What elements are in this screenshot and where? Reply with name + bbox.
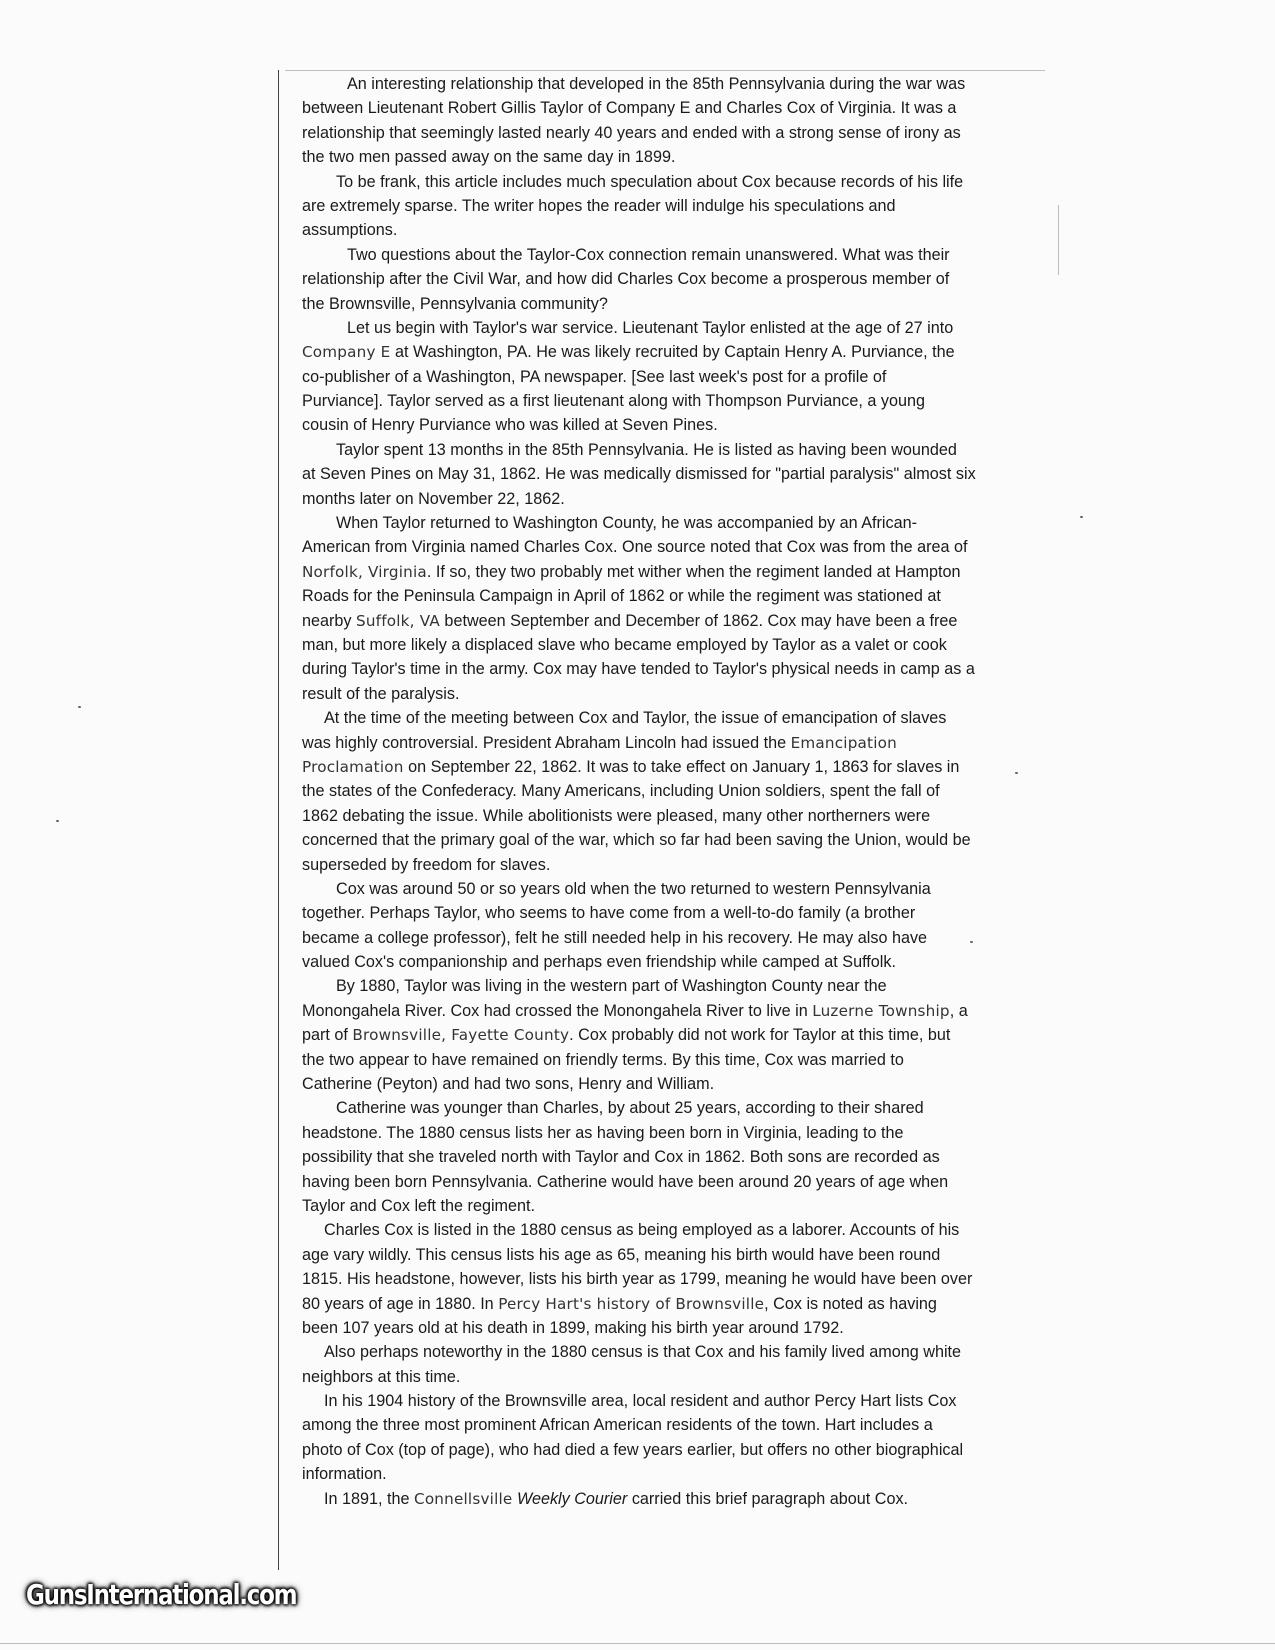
- text-line: at Seven Pines on May 31, 1862. He was m…: [302, 462, 1052, 486]
- link-emancipation-proclamation[interactable]: Proclamation: [302, 758, 404, 776]
- text-line: became a college professor), felt he sti…: [302, 926, 1052, 950]
- text-line: the two men passed away on the same day …: [302, 145, 1052, 169]
- link-luzerne-township[interactable]: Luzerne Township: [812, 1002, 950, 1020]
- paragraph: In 1891, the Connellsville Weekly Courie…: [302, 1487, 1052, 1511]
- text-line: An interesting relationship that develop…: [302, 72, 1052, 96]
- text-line: the Brownsville, Pennsylvania community?: [302, 292, 1052, 316]
- text-span: between September and December of 1862. …: [440, 612, 957, 630]
- publication-title: Weekly Courier: [517, 1490, 627, 1508]
- link-norfolk-virginia[interactable]: Norfolk, Virginia: [302, 563, 427, 581]
- text-span: was highly controversial. President Abra…: [302, 734, 791, 752]
- article-body: An interesting relationship that develop…: [302, 72, 1052, 1511]
- watermark-logo: GunsInternational.com: [26, 1578, 296, 1611]
- scan-mark: [1058, 205, 1059, 275]
- text-line: photo of Cox (top of page), who had died…: [302, 1438, 1052, 1462]
- text-line: American from Virginia named Charles Cox…: [302, 535, 1052, 559]
- text-line: superseded by freedom for slaves.: [302, 853, 1052, 877]
- text-line: the two appear to have remained on frien…: [302, 1048, 1052, 1072]
- page-bottom-edge: [0, 1643, 1275, 1644]
- text-line: Charles Cox is listed in the 1880 census…: [302, 1218, 1052, 1242]
- scan-speck: [56, 820, 59, 822]
- text-span: nearby: [302, 612, 356, 630]
- text-line: information.: [302, 1462, 1052, 1486]
- text-line: To be frank, this article includes much …: [302, 170, 1052, 194]
- text-line: Roads for the Peninsula Campaign in Apri…: [302, 584, 1052, 608]
- text-line: possibility that she traveled north with…: [302, 1145, 1052, 1169]
- text-span: on September 22, 1862. It was to take ef…: [404, 758, 960, 776]
- text-line: between Lieutenant Robert Gillis Taylor …: [302, 96, 1052, 120]
- text-line: Taylor spent 13 months in the 85th Penns…: [302, 438, 1052, 462]
- text-line: 1862 debating the issue. While abolition…: [302, 804, 1052, 828]
- text-line: concerned that the primary goal of the w…: [302, 828, 1052, 852]
- text-line: In 1891, the Connellsville Weekly Courie…: [302, 1487, 1052, 1511]
- text-span: part of: [302, 1026, 352, 1044]
- paragraph: By 1880, Taylor was living in the wester…: [302, 974, 1052, 1096]
- paragraph: When Taylor returned to Washington Count…: [302, 511, 1052, 706]
- paragraph: Also perhaps noteworthy in the 1880 cens…: [302, 1340, 1052, 1389]
- text-line: Company E at Washington, PA. He was like…: [302, 340, 1052, 364]
- text-line: Let us begin with Taylor's war service. …: [302, 316, 1052, 340]
- text-line: nearby Suffolk, VA between September and…: [302, 609, 1052, 633]
- text-span: , a: [950, 1002, 968, 1020]
- text-line: Monongahela River. Cox had crossed the M…: [302, 999, 1052, 1023]
- page-top-edge: [285, 70, 1045, 71]
- text-line: 80 years of age in 1880. In Percy Hart's…: [302, 1292, 1052, 1316]
- text-line: By 1880, Taylor was living in the wester…: [302, 974, 1052, 998]
- text-line: among the three most prominent African A…: [302, 1413, 1052, 1437]
- text-line: together. Perhaps Taylor, who seems to h…: [302, 901, 1052, 925]
- text-line: Catherine (Peyton) and had two sons, Hen…: [302, 1072, 1052, 1096]
- text-line: 1815. His headstone, however, lists his …: [302, 1267, 1052, 1291]
- paragraph: Let us begin with Taylor's war service. …: [302, 316, 1052, 438]
- text-line: valued Cox's companionship and perhaps e…: [302, 950, 1052, 974]
- left-margin-rule: [278, 70, 279, 1570]
- text-line: Also perhaps noteworthy in the 1880 cens…: [302, 1340, 1052, 1364]
- text-line: In his 1904 history of the Brownsville a…: [302, 1389, 1052, 1413]
- text-line: co-publisher of a Washington, PA newspap…: [302, 365, 1052, 389]
- text-span: at Washington, PA. He was likely recruit…: [395, 343, 955, 361]
- text-line: the states of the Confederacy. Many Amer…: [302, 779, 1052, 803]
- text-line: part of Brownsville, Fayette County. Cox…: [302, 1023, 1052, 1047]
- text-span: carried this brief paragraph about Cox.: [632, 1490, 908, 1508]
- text-line: during Taylor's time in the army. Cox ma…: [302, 657, 1052, 681]
- text-line: been 107 years old at his death in 1899,…: [302, 1316, 1052, 1340]
- text-line: was highly controversial. President Abra…: [302, 731, 1052, 755]
- text-line: having been born Pennsylvania. Catherine…: [302, 1170, 1052, 1194]
- text-line: Two questions about the Taylor-Cox conne…: [302, 243, 1052, 267]
- text-span: In 1891, the: [324, 1490, 414, 1508]
- paragraph: At the time of the meeting between Cox a…: [302, 706, 1052, 877]
- paragraph: An interesting relationship that develop…: [302, 72, 1052, 170]
- paragraph: Cox was around 50 or so years old when t…: [302, 877, 1052, 975]
- text-line: Norfolk, Virginia. If so, they two proba…: [302, 560, 1052, 584]
- link-connellsville[interactable]: Connellsville: [414, 1490, 512, 1508]
- link-suffolk-va[interactable]: Suffolk, VA: [356, 612, 440, 630]
- paragraph: Charles Cox is listed in the 1880 census…: [302, 1218, 1052, 1340]
- text-line: neighbors at this time.: [302, 1365, 1052, 1389]
- text-line: Cox was around 50 or so years old when t…: [302, 877, 1052, 901]
- text-line: At the time of the meeting between Cox a…: [302, 706, 1052, 730]
- text-span: . Cox probably did not work for Taylor a…: [569, 1026, 950, 1044]
- text-line: are extremely sparse. The writer hopes t…: [302, 194, 1052, 218]
- link-emancipation-proclamation[interactable]: Emancipation: [791, 734, 897, 752]
- link-percy-hart-history[interactable]: Percy Hart's history of Brownsville: [498, 1295, 764, 1313]
- paragraph: In his 1904 history of the Brownsville a…: [302, 1389, 1052, 1487]
- text-line: Taylor and Cox left the regiment.: [302, 1194, 1052, 1218]
- text-line: headstone. The 1880 census lists her as …: [302, 1121, 1052, 1145]
- scan-speck: [78, 706, 81, 708]
- scan-speck: [1080, 516, 1083, 518]
- text-line: Catherine was younger than Charles, by a…: [302, 1096, 1052, 1120]
- link-company-e[interactable]: Company E: [302, 343, 390, 361]
- text-line: result of the paralysis.: [302, 682, 1052, 706]
- text-line: Proclamation on September 22, 1862. It w…: [302, 755, 1052, 779]
- text-line: age vary wildly. This census lists his a…: [302, 1243, 1052, 1267]
- text-span: , Cox is noted as having: [764, 1295, 937, 1313]
- paragraph: Two questions about the Taylor-Cox conne…: [302, 243, 1052, 316]
- text-line: man, but more likely a displaced slave w…: [302, 633, 1052, 657]
- paragraph: Taylor spent 13 months in the 85th Penns…: [302, 438, 1052, 511]
- text-line: relationship after the Civil War, and ho…: [302, 267, 1052, 291]
- text-line: When Taylor returned to Washington Count…: [302, 511, 1052, 535]
- text-line: months later on November 22, 1862.: [302, 487, 1052, 511]
- paragraph: To be frank, this article includes much …: [302, 170, 1052, 243]
- text-line: cousin of Henry Purviance who was killed…: [302, 413, 1052, 437]
- text-line: assumptions.: [302, 218, 1052, 242]
- text-line: Purviance]. Taylor served as a first lie…: [302, 389, 1052, 413]
- text-line: relationship that seemingly lasted nearl…: [302, 121, 1052, 145]
- text-span: Monongahela River. Cox had crossed the M…: [302, 1002, 812, 1020]
- paragraph: Catherine was younger than Charles, by a…: [302, 1096, 1052, 1218]
- text-span: . If so, they two probably met wither wh…: [427, 563, 961, 581]
- link-brownsville-fayette[interactable]: Brownsville, Fayette County: [352, 1026, 569, 1044]
- text-span: 80 years of age in 1880. In: [302, 1295, 498, 1313]
